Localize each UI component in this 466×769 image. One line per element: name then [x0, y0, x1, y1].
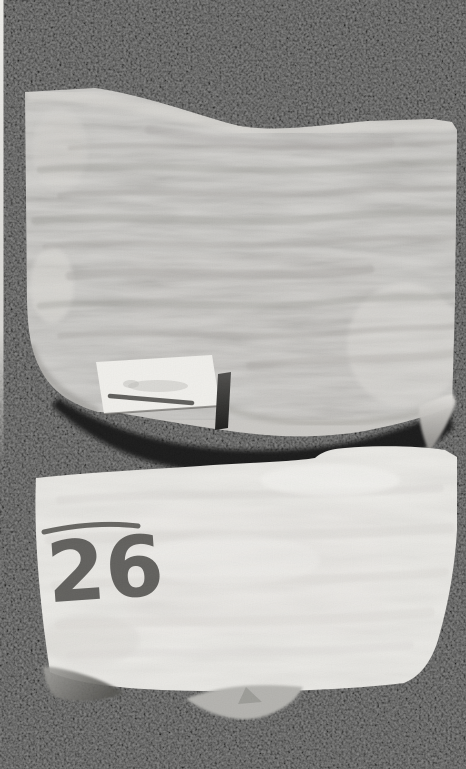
film-grain	[0, 0, 466, 769]
photo-two-rock-samples: 26	[0, 0, 466, 769]
photo-canvas: 26	[0, 0, 466, 769]
